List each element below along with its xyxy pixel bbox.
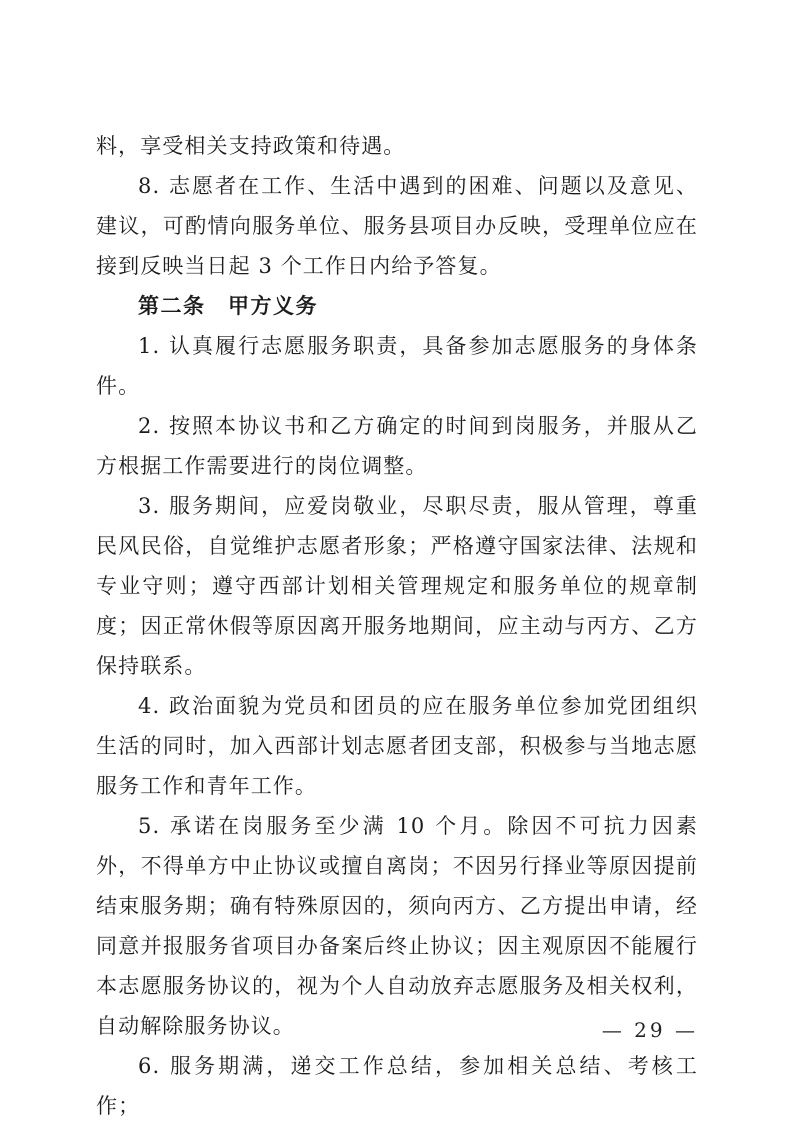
paragraph: 6. 服务期满，递交工作总结，参加相关总结、考核工作； (96, 1046, 698, 1122)
document-body: 料，享受相关支持政策和待遇。8. 志愿者在工作、生活中遇到的困难、问题以及意见、… (96, 126, 698, 1122)
paragraph: 8. 志愿者在工作、生活中遇到的困难、问题以及意见、建议，可酌情向服务单位、服务… (96, 166, 698, 286)
paragraph: 3. 服务期间，应爱岗敬业，尽职尽责，服从管理，尊重民风民俗，自觉维护志愿者形象… (96, 486, 698, 686)
page-number: — 29 — (602, 1018, 698, 1042)
paragraph: 4. 政治面貌为党员和团员的应在服务单位参加党团组织生活的同时，加入西部计划志愿… (96, 686, 698, 806)
section-heading: 第二条 甲方义务 (96, 286, 698, 326)
paragraph: 1. 认真履行志愿服务职责，具备参加志愿服务的身体条件。 (96, 326, 698, 406)
document-page: 料，享受相关支持政策和待遇。8. 志愿者在工作、生活中遇到的困难、问题以及意见、… (0, 0, 793, 1122)
paragraph: 5. 承诺在岗服务至少满 10 个月。除因不可抗力因素外，不得单方中止协议或擅自… (96, 806, 698, 1046)
paragraph: 2. 按照本协议书和乙方确定的时间到岗服务，并服从乙方根据工作需要进行的岗位调整… (96, 406, 698, 486)
paragraph: 料，享受相关支持政策和待遇。 (96, 126, 698, 166)
